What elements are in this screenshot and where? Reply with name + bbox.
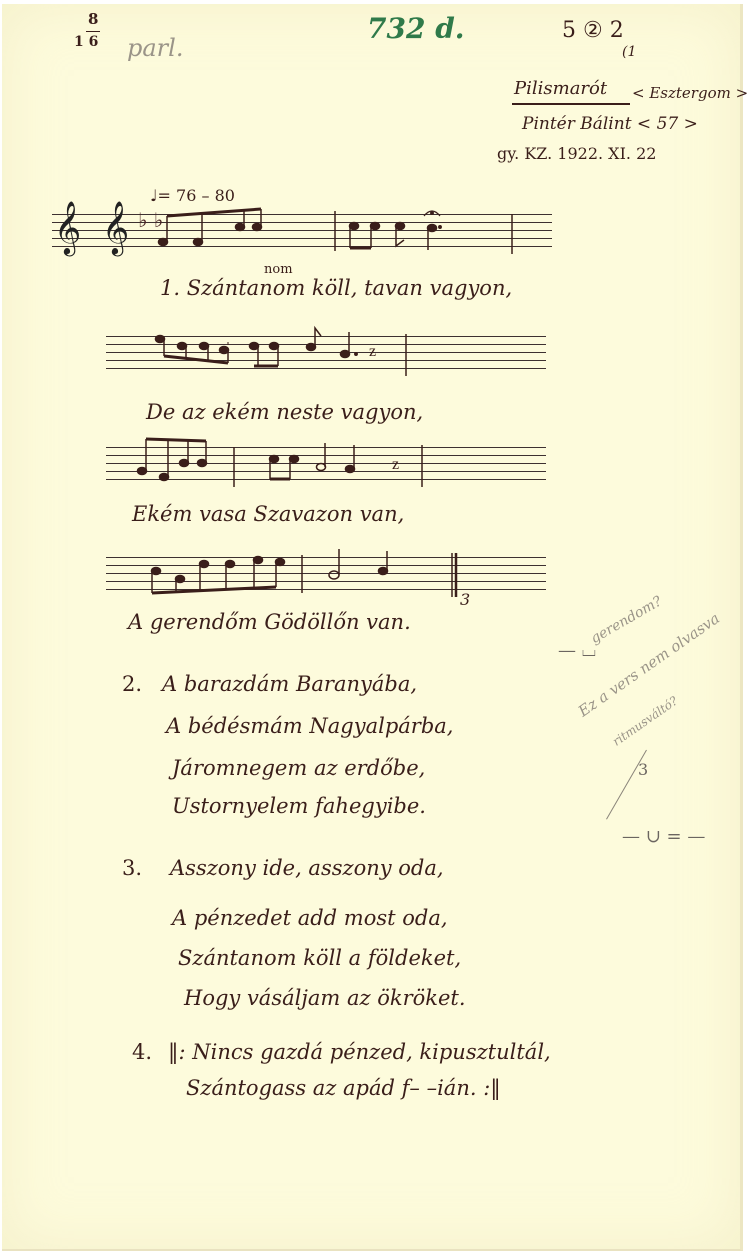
location-name: Pilismarót (514, 78, 607, 99)
singer-name: Pintér Bálint < 57 > (522, 114, 698, 134)
staff-2: z (106, 336, 546, 370)
lyric-line-1: 1. Szántanom köll, tavan vagyon, (160, 276, 512, 300)
margin-rhythm-mark-1: — ⌴ (558, 640, 596, 661)
staff-3-notes: z (106, 447, 546, 507)
verse-line: A pénzedet add most oda, (172, 906, 448, 930)
staff-2-notes: z (106, 336, 546, 396)
verse-line: Ustornyelem fahegyibe. (172, 794, 426, 818)
verse-number: 4. (132, 1040, 152, 1064)
collector-date: gy. KZ. 1922. XI. 22 (497, 144, 656, 163)
lyric-line-3: Ekém vasa Szavazon van, (132, 502, 404, 526)
verse-number: 3. (122, 856, 142, 880)
verse-line: ‖: Nincs gazdá pénzed, kipusztultál, (168, 1040, 551, 1064)
staff-3: z (106, 447, 546, 481)
staff-1-notes (52, 214, 552, 274)
verse-line: Járomnegem az erdőbe, (172, 756, 425, 780)
location-underline (512, 103, 630, 105)
svg-text:z: z (392, 456, 399, 473)
end-triplet-mark: 3 (460, 590, 470, 609)
manuscript-page: 8 1 6 parl. 732 d. 5 ② 2 (1 Pilismarót <… (2, 4, 743, 1251)
svg-text:z: z (369, 343, 376, 360)
pencil-note-parl: parl. (127, 34, 183, 62)
catalog-number: 732 d. (367, 12, 465, 45)
classification-sub: (1 (622, 44, 636, 60)
verse-line: Asszony ide, asszony oda, (170, 856, 444, 880)
verse-number: 2. (122, 672, 142, 696)
lyric-correction: nom (264, 262, 293, 277)
verse-line: A barazdám Baranyába, (162, 672, 417, 696)
margin-slash (606, 750, 647, 820)
lyric-line-4: A gerendőm Gödöllőn van. (128, 610, 411, 634)
margin-rhythm-mark-2: — ∪ = — (622, 826, 705, 847)
county-name: < Esztergom > (632, 84, 748, 102)
fraction-top: 8 (88, 10, 98, 28)
fraction-bottom: 1 6 (74, 34, 98, 50)
verse-line: Szántogass az apád f– –ián. :‖ (186, 1076, 501, 1100)
fraction-bar (86, 31, 100, 32)
margin-note-1: gerendom? (588, 593, 665, 647)
lyric-line-2: De az ekém neste vagyon, (146, 400, 423, 424)
verse-line: A bédésmám Nagyalpárba, (166, 714, 453, 738)
staff-4-notes (106, 557, 546, 617)
classification-code: 5 ② 2 (562, 18, 624, 43)
verse-line: Hogy vásáljam az ökröket. (184, 986, 466, 1010)
verse-line: Szántanom köll a földeket, (178, 946, 461, 970)
margin-note-3: ritmusváltó? (610, 694, 680, 749)
tempo-marking: ♩= 76 – 80 (150, 186, 235, 205)
margin-note-2: Ez a vers nem olvasva (575, 609, 723, 720)
staff-4 (106, 557, 546, 591)
staff-1: 𝄞 𝄞 ♭ ♭ (52, 214, 552, 248)
